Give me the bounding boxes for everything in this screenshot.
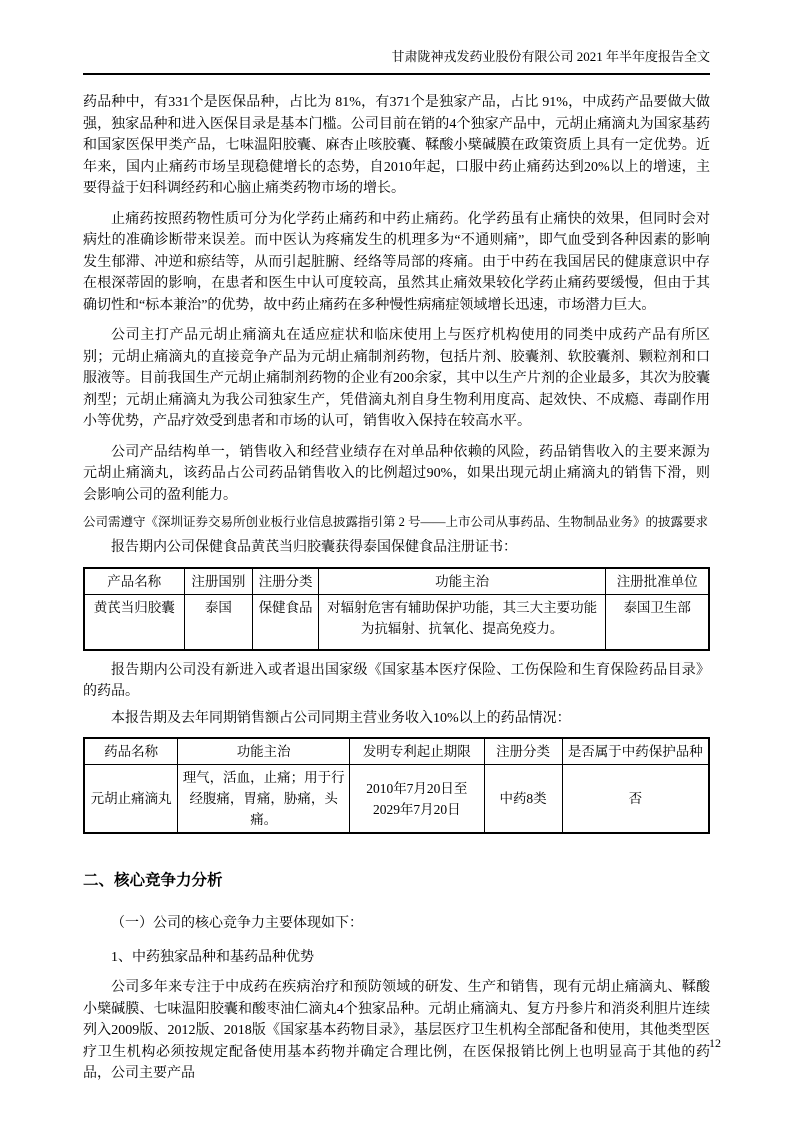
table-header-row: 药品名称 功能主治 发明专利起止期限 注册分类 是否属于中药保护品种: [84, 738, 709, 765]
t1-header-function: 功能主治: [318, 568, 606, 595]
running-header: 甘肃陇神戎发药业股份有限公司 2021 年半年度报告全文: [83, 48, 710, 75]
t2-cell-tcm-protection: 否: [562, 765, 709, 834]
major-drug-intro: 本报告期及去年同期销售额占公司同期主营业务收入10%以上的药品情况：: [83, 708, 710, 730]
t2-header-drug-name: 药品名称: [84, 738, 178, 765]
paragraph-single-product-risk: 公司产品结构单一，销售收入和经营业绩存在对单品种依赖的风险，药品销售收入的主要来…: [83, 442, 710, 507]
t2-header-tcm-protection: 是否属于中药保护品种: [562, 738, 709, 765]
t2-cell-patent-period: 2010年7月20日至2029年7月20日: [350, 765, 484, 834]
disclosure-guideline-note: 公司需遵守《深圳证券交易所创业板行业信息披露指引第 2 号——上市公司从事药品、…: [83, 512, 710, 532]
t1-cell-product-name: 黄芪当归胶囊: [84, 594, 184, 650]
t1-header-registration-class: 注册分类: [253, 568, 319, 595]
t1-cell-registration-country: 泰国: [184, 594, 253, 650]
major-drug-table: 药品名称 功能主治 发明专利起止期限 注册分类 是否属于中药保护品种 元胡止痛滴…: [83, 737, 710, 834]
running-header-text: 甘肃陇神戎发药业股份有限公司 2021 年半年度报告全文: [391, 49, 710, 64]
t2-header-function: 功能主治: [178, 738, 350, 765]
page-number: 12: [709, 1036, 721, 1051]
t1-cell-function: 对辐射危害有辅助保护功能，其三大主要功能为抗辐射、抗氧化、提高免疫力。: [318, 594, 606, 650]
t1-cell-registration-class: 保健食品: [253, 594, 319, 650]
subheading-tcm-exclusive-advantage: 1、中药独家品种和基药品种优势: [83, 947, 710, 969]
paragraph-core-competitiveness-detail: 公司多年来专注于中成药在疾病治疗和预防领域的研发、生产和销售，现有元胡止痛滴丸、…: [83, 977, 710, 1085]
t1-header-registration-country: 注册国别: [184, 568, 253, 595]
table-header-row: 产品名称 注册国别 注册分类 功能主治 注册批准单位: [84, 568, 709, 595]
t2-cell-drug-name: 元胡止痛滴丸: [84, 765, 178, 834]
t1-header-product-name: 产品名称: [84, 568, 184, 595]
thailand-cert-intro: 报告期内公司保健食品黄芪当归胶囊获得泰国保健食品注册证书：: [83, 537, 710, 559]
paragraph-painkiller-classification: 止痛药按照药物性质可分为化学药止痛药和中药止痛药。化学药虽有止痛快的效果，但同时…: [83, 209, 710, 317]
table-row: 元胡止痛滴丸 理气，活血，止痛；用于行经腹痛，胃痛，胁痛，头痛。 2010年7月…: [84, 765, 709, 834]
t1-cell-approval-authority: 泰国卫生部: [606, 594, 709, 650]
section-heading-core-competitiveness: 二、核心竞争力分析: [83, 870, 710, 891]
t2-cell-function: 理气，活血，止痛；用于行经腹痛，胃痛，胁痛，头痛。: [178, 765, 350, 834]
t2-cell-registration-class: 中药8类: [484, 765, 562, 834]
t2-header-registration-class: 注册分类: [484, 738, 562, 765]
health-food-registration-table: 产品名称 注册国别 注册分类 功能主治 注册批准单位 黄芪当归胶囊 泰国 保健食…: [83, 567, 710, 651]
subheading-core-competitiveness-list: （一）公司的核心竞争力主要体现如下：: [83, 913, 710, 935]
paragraph-flagship-product-competition: 公司主打产品元胡止痛滴丸在适应症状和临床使用上与医疗机构使用的同类中成药产品有所…: [83, 325, 710, 433]
report-page: 甘肃陇神戎发药业股份有限公司 2021 年半年度报告全文 药品种中，有331个是…: [0, 0, 793, 1122]
t2-header-patent-period: 发明专利起止期限: [350, 738, 484, 765]
paragraph-catalog-note: 报告期内公司没有新进入或者退出国家级《国家基本医疗保险、工伤保险和生育保险药品目…: [83, 660, 710, 703]
table-row: 黄芪当归胶囊 泰国 保健食品 对辐射危害有辅助保护功能，其三大主要功能为抗辐射、…: [84, 594, 709, 650]
paragraph-medical-insurance-varieties: 药品种中，有331个是医保品种，占比为 81%，有371个是独家产品，占比 91…: [83, 92, 710, 200]
t1-header-approval-authority: 注册批准单位: [606, 568, 709, 595]
